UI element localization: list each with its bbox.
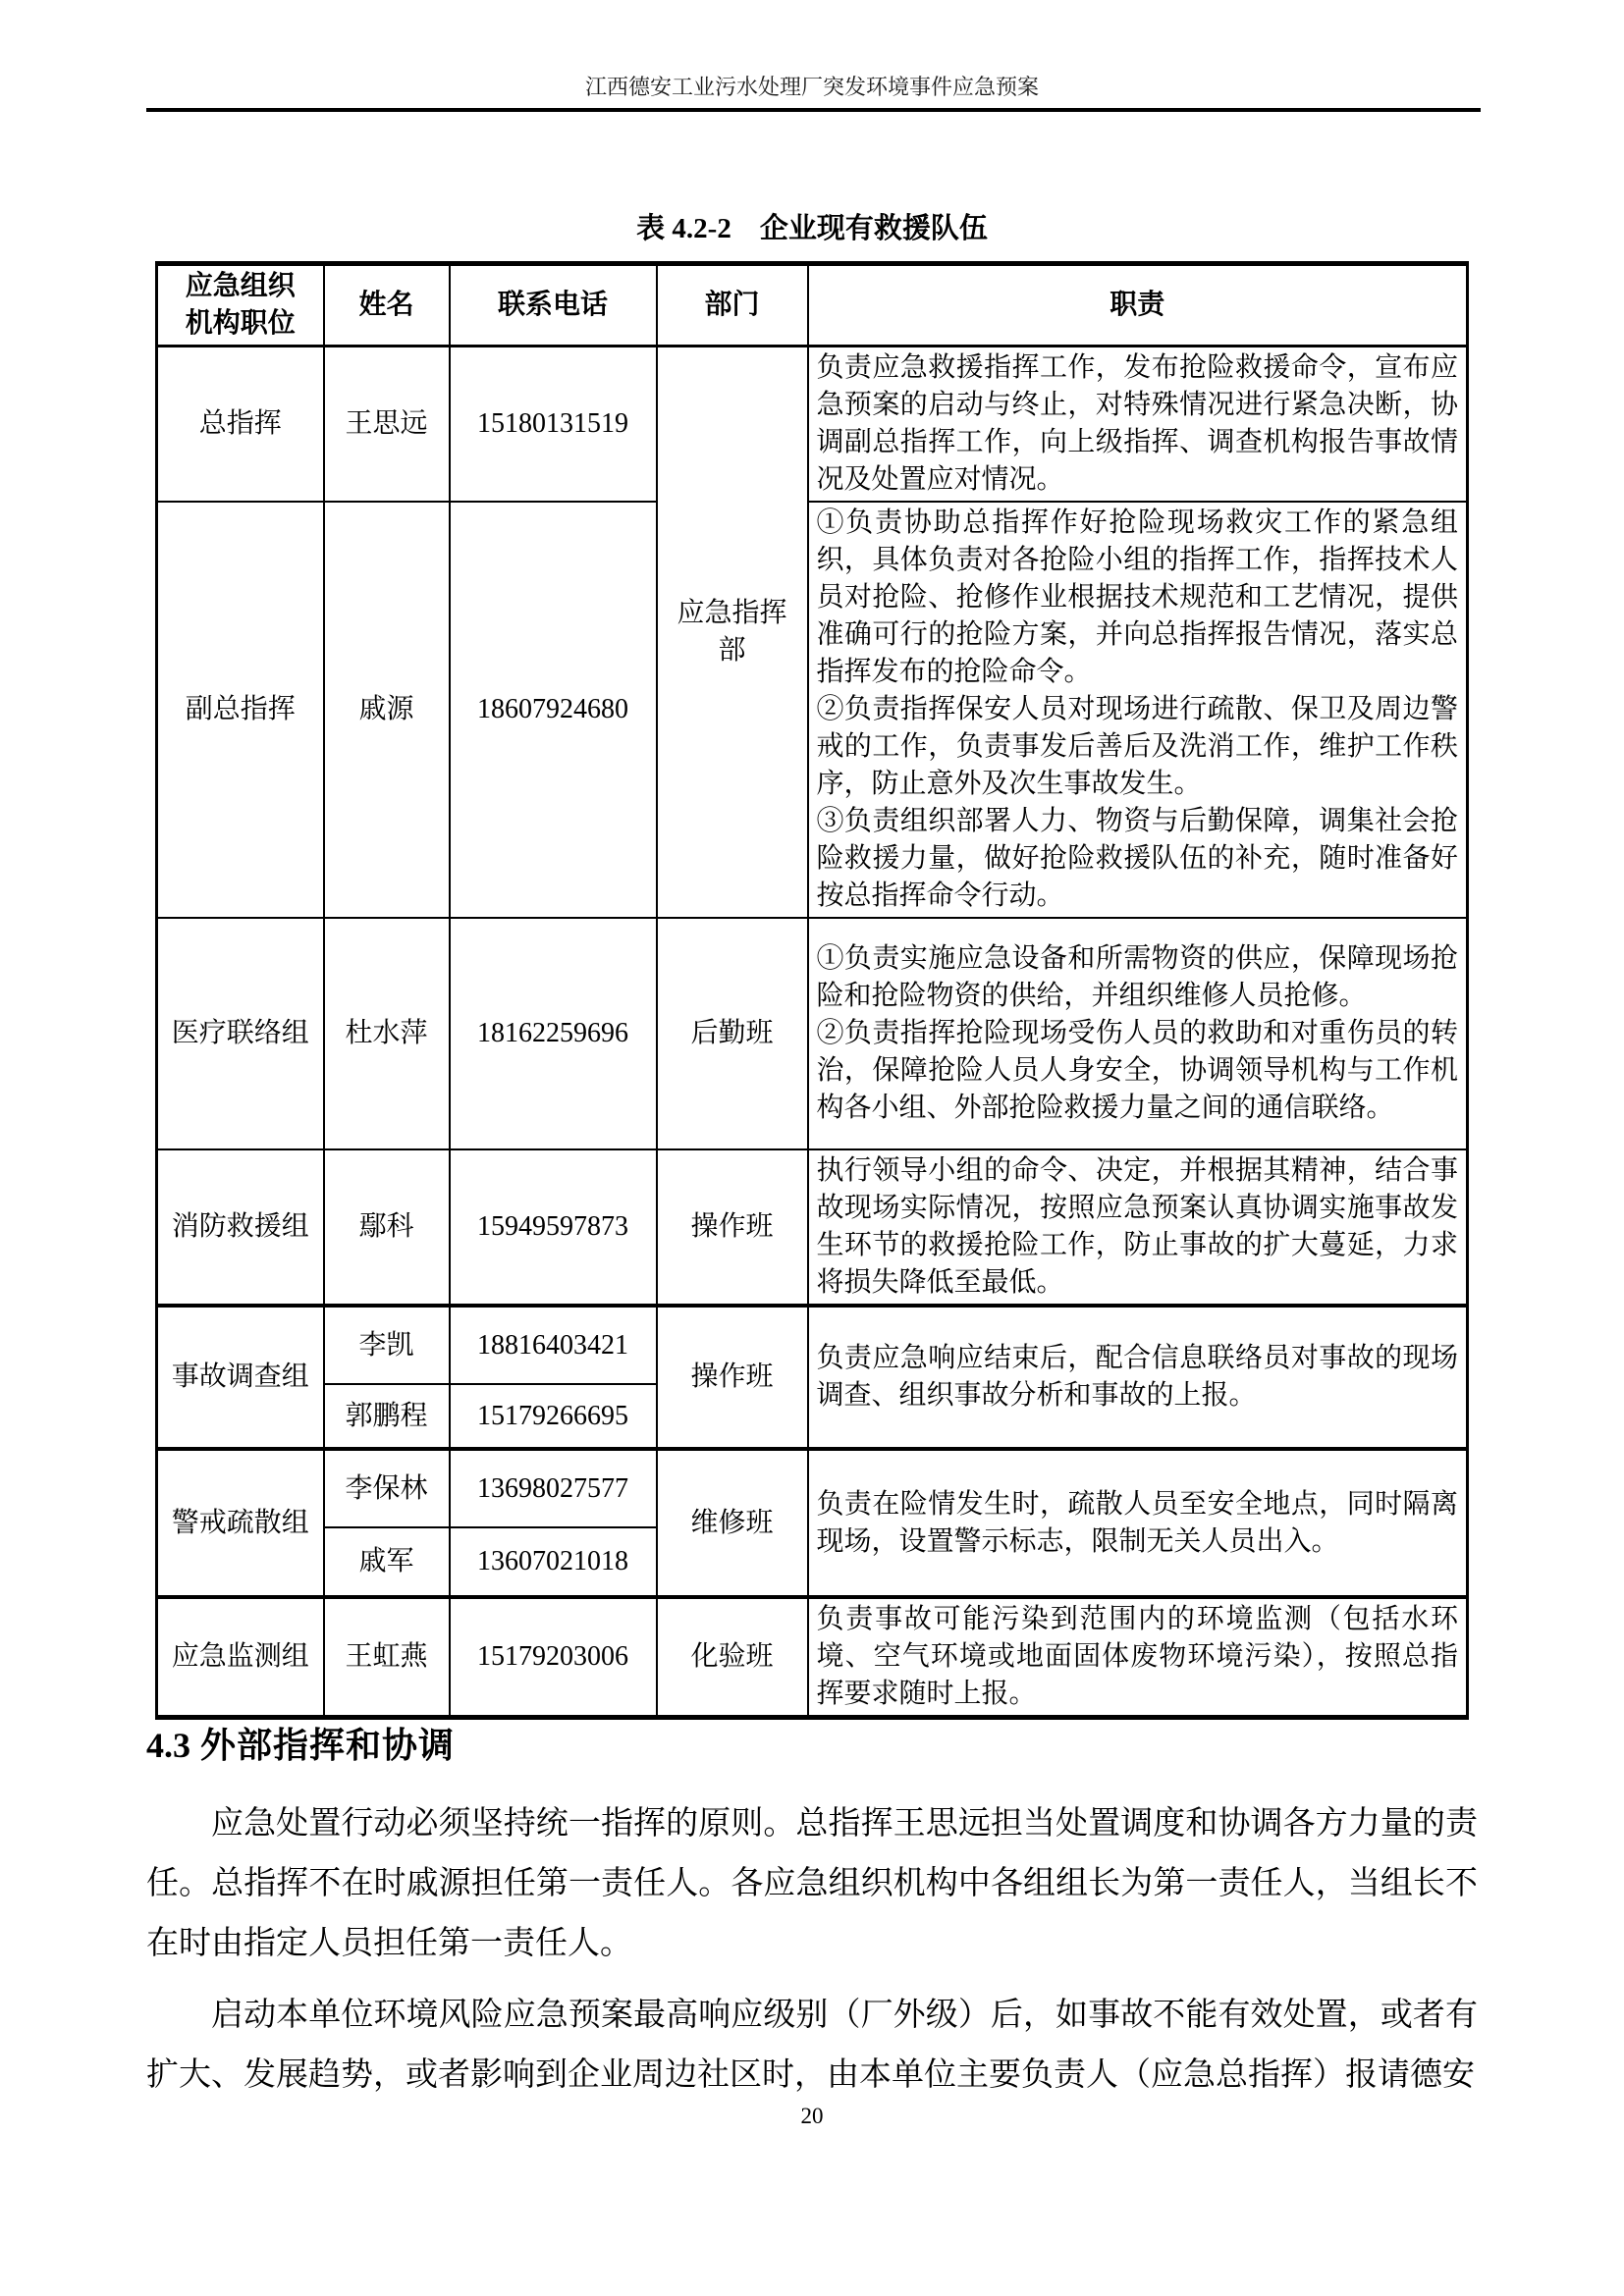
section-heading: 4.3外部指挥和协调 (146, 1726, 1478, 1765)
table-row-fire-rescue: 消防救援组 鄢科 15949597873 操作班 执行领导小组的命令、决定，并根… (157, 1149, 1468, 1306)
document-page: 江西德安工业污水处理厂突发环境事件应急预案 表 4.2-2 企业现有救援队伍 应… (0, 0, 1624, 2296)
department-cell: 操作班 (657, 1306, 808, 1449)
body-paragraph: 应急处置行动必须坚持统一指挥的原则。总指挥王思远担当处置调度和协调各方力量的责任… (146, 1794, 1478, 1974)
duty-cell: 负责应急救援指挥工作，发布抢险救援命令，宣布应急预案的启动与终止，对特殊情况进行… (808, 347, 1468, 503)
name-cell: 鄢科 (324, 1149, 450, 1306)
section-title: 外部指挥和协调 (200, 1726, 455, 1765)
department-cell: 操作班 (657, 1149, 808, 1306)
duty-cell: 负责应急响应结束后，配合信息联络员对事故的现场调查、组织事故分析和事故的上报。 (808, 1306, 1468, 1449)
name-cell: 李凯 (324, 1306, 450, 1384)
table-row-deputy-commander: 副总指挥 戚源 18607924680 ①负责协助总指挥作好抢险现场救灾工作的紧… (157, 502, 1468, 918)
duty-cell: ①负责实施应急设备和所需物资的供应，保障现场抢险和抢险物资的供给，并组织维修人员… (808, 918, 1468, 1149)
table-header-row: 应急组织机构职位 姓名 联系电话 部门 职责 (157, 264, 1468, 347)
table-title: 表 4.2-2 企业现有救援队伍 (146, 214, 1478, 243)
table-row-emergency-monitoring: 应急监测组 王虹燕 15179203006 化验班 负责事故可能污染到范围内的环… (157, 1597, 1468, 1718)
department-cell: 化验班 (657, 1597, 808, 1718)
position-cell: 副总指挥 (157, 502, 324, 918)
duty-cell: ①负责协助总指挥作好抢险现场救灾工作的紧急组织，具体负责对各抢险小组的指挥工作，… (808, 502, 1468, 918)
name-cell: 杜水萍 (324, 918, 450, 1149)
name-cell: 王虹燕 (324, 1597, 450, 1718)
rescue-table: 应急组织机构职位 姓名 联系电话 部门 职责 总指挥 王思远 151801315… (155, 261, 1469, 1720)
phone-cell: 13607021018 (450, 1527, 657, 1597)
name-cell: 王思远 (324, 347, 450, 503)
position-cell: 事故调查组 (157, 1306, 324, 1449)
body-paragraph: 启动本单位环境风险应急预案最高响应级别（厂外级）后，如事故不能有效处置，或者有扩… (146, 1986, 1478, 2106)
section-number: 4.3 (146, 1726, 190, 1765)
name-cell: 戚军 (324, 1527, 450, 1597)
duty-cell: 执行领导小组的命令、决定，并根据其精神，结合事故现场实际情况，按照应急预案认真协… (808, 1149, 1468, 1306)
phone-cell: 15179203006 (450, 1597, 657, 1718)
name-cell: 李保林 (324, 1449, 450, 1527)
position-cell: 警戒疏散组 (157, 1449, 324, 1597)
column-header-duty: 职责 (808, 264, 1468, 347)
phone-cell: 18162259696 (450, 918, 657, 1149)
position-cell: 总指挥 (157, 347, 324, 503)
table-row-medical-liaison: 医疗联络组 杜水萍 18162259696 后勤班 ①负责实施应急设备和所需物资… (157, 918, 1468, 1149)
column-header-department: 部门 (657, 264, 808, 347)
column-header-phone: 联系电话 (450, 264, 657, 347)
phone-cell: 15180131519 (450, 347, 657, 503)
duty-cell: 负责在险情发生时，疏散人员至安全地点，同时隔离现场，设置警示标志，限制无关人员出… (808, 1449, 1468, 1597)
table-row-warning-evacuation-1: 警戒疏散组 李保林 13698027577 维修班 负责在险情发生时，疏散人员至… (157, 1449, 1468, 1527)
page-number: 20 (0, 2104, 1624, 2129)
department-cell: 后勤班 (657, 918, 808, 1149)
department-cell: 维修班 (657, 1449, 808, 1597)
table-row-accident-investigation-1: 事故调查组 李凯 18816403421 操作班 负责应急响应结束后，配合信息联… (157, 1306, 1468, 1384)
department-cell: 应急指挥部 (657, 347, 808, 919)
phone-cell: 13698027577 (450, 1449, 657, 1527)
phone-cell: 18816403421 (450, 1306, 657, 1384)
position-cell: 消防救援组 (157, 1149, 324, 1306)
phone-cell: 18607924680 (450, 502, 657, 918)
duty-cell: 负责事故可能污染到范围内的环境监测（包括水环境、空气环境或地面固体废物环境污染）… (808, 1597, 1468, 1718)
phone-cell: 15179266695 (450, 1384, 657, 1449)
name-cell: 郭鹏程 (324, 1384, 450, 1449)
page-content: 表 4.2-2 企业现有救援队伍 应急组织机构职位 姓名 联系电话 部门 职责 (146, 214, 1478, 2106)
page-header-title: 江西德安工业污水处理厂突发环境事件应急预案 (0, 75, 1624, 100)
header-rule (146, 108, 1481, 112)
position-cell: 应急监测组 (157, 1597, 324, 1718)
table-row-chief-commander: 总指挥 王思远 15180131519 应急指挥部 负责应急救援指挥工作，发布抢… (157, 347, 1468, 503)
phone-cell: 15949597873 (450, 1149, 657, 1306)
column-header-name: 姓名 (324, 264, 450, 347)
position-cell: 医疗联络组 (157, 918, 324, 1149)
name-cell: 戚源 (324, 502, 450, 918)
column-header-position: 应急组织机构职位 (157, 264, 324, 347)
